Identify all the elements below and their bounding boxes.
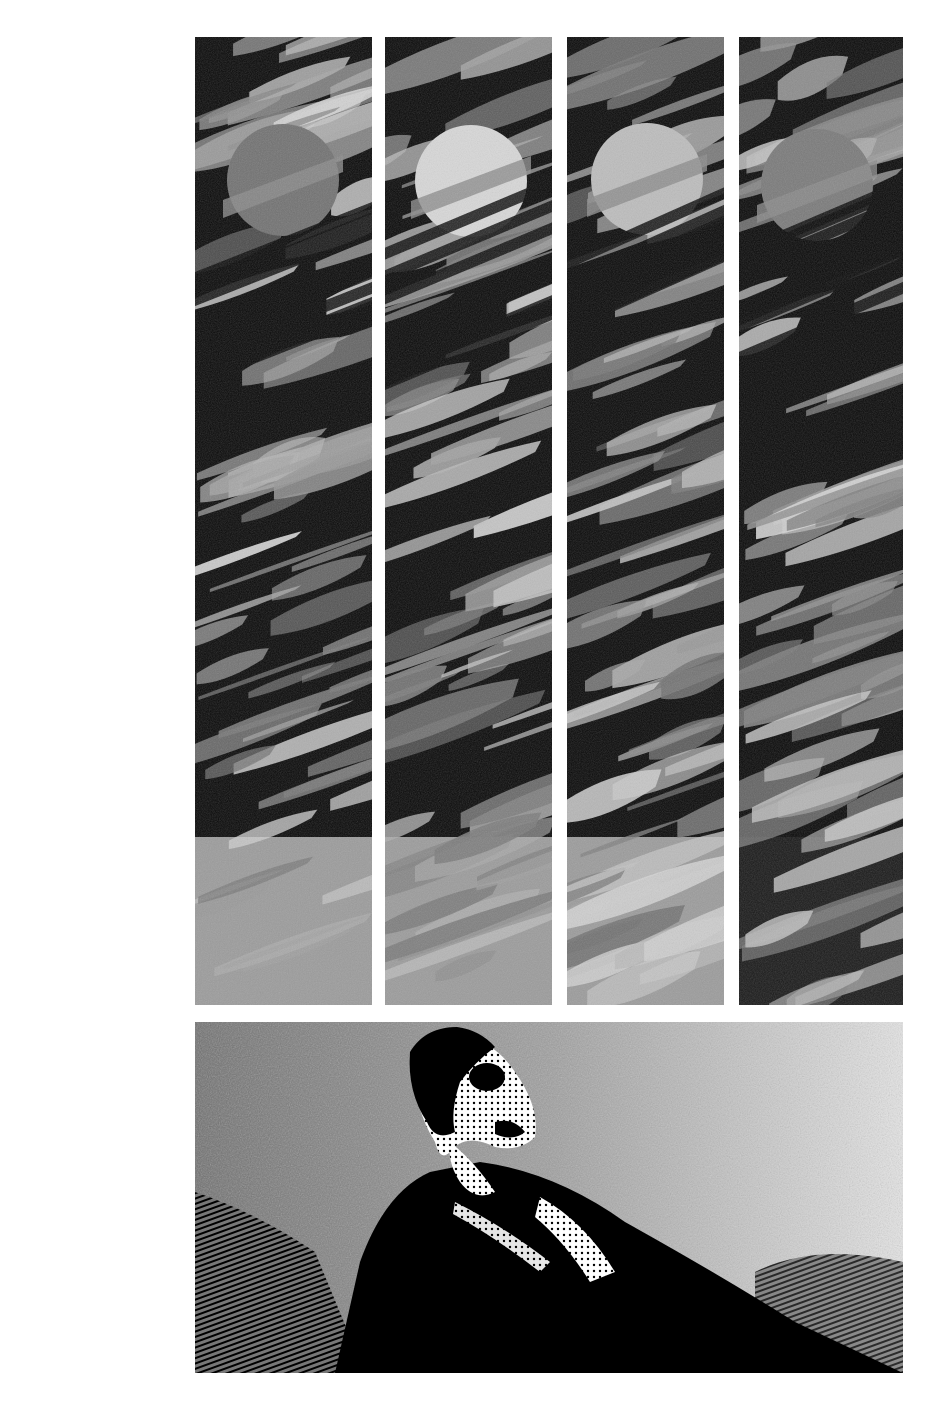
moon-cloud-art-2 — [385, 37, 552, 1005]
moon-cloud-art-3 — [567, 37, 724, 1005]
man-reclining-art — [195, 1022, 903, 1373]
panel-moon-1 — [195, 37, 372, 1005]
panel-man-reclining — [195, 1022, 903, 1373]
panel-moon-3 — [567, 37, 724, 1005]
panel-moon-4 — [739, 37, 903, 1005]
panel-moon-2 — [385, 37, 552, 1005]
moon-cloud-art-1 — [195, 37, 372, 1005]
moon-cloud-art-4 — [739, 37, 903, 1005]
